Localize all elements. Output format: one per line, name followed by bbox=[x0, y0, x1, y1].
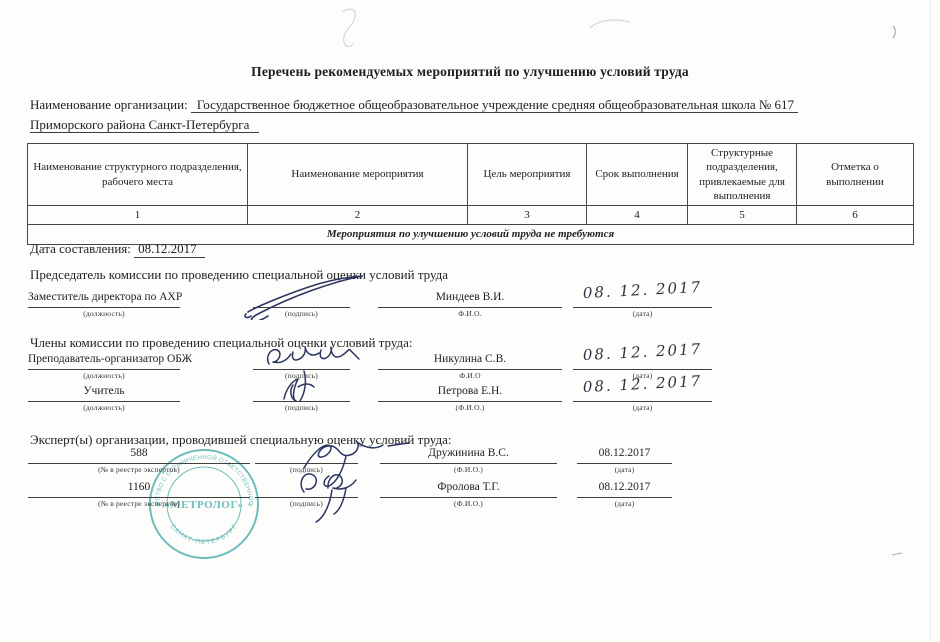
page-title: Перечень рекомендуемых мероприятий по ул… bbox=[0, 64, 940, 80]
svg-text:САНКТ-ПЕТЕРБУРГ: САНКТ-ПЕТЕРБУРГ bbox=[169, 523, 239, 546]
position-label: (должность) bbox=[28, 370, 180, 380]
column-number: 3 bbox=[468, 206, 587, 225]
expert2-number-cell: 1160 (№ в реестре экспертов) bbox=[28, 479, 250, 508]
column-number-row: 1 2 3 4 5 6 bbox=[28, 206, 914, 225]
header-cell-goal: Цель мероприятия bbox=[468, 144, 587, 206]
expert1-number-cell: 588 (№ в реестре экспертов) bbox=[28, 445, 250, 474]
organization-block: Наименование организации: Государственно… bbox=[30, 95, 914, 135]
org-name-line2: Приморского района Санкт-Петербурга bbox=[30, 117, 259, 133]
scan-artifact bbox=[580, 10, 640, 40]
member2-name-cell: Петрова Е.Н. (Ф.И.О.) bbox=[378, 383, 562, 412]
date-label: (дата) bbox=[573, 402, 712, 412]
name-label: (Ф.И.О.) bbox=[378, 402, 562, 412]
member1-position-cell: Преподаватель-организатор ОБЖ (должность… bbox=[28, 351, 180, 380]
column-number: 1 bbox=[28, 206, 248, 225]
chairman-position-cell: Заместитель директора по АХР (должность) bbox=[28, 289, 180, 318]
header-cell-unit: Наименование структурного подразделения,… bbox=[28, 144, 248, 206]
date-value: 08.12.2017 bbox=[577, 479, 672, 498]
date-compiled-label: Дата составления: bbox=[30, 241, 131, 256]
chairman-name-cell: Миндеев В.И. Ф.И.О. bbox=[378, 289, 562, 318]
registry-number-label: (№ в реестре экспертов) bbox=[28, 498, 250, 508]
expert2-signature bbox=[286, 462, 406, 524]
header-cell-measure: Наименование мероприятия bbox=[248, 144, 468, 206]
date-compiled-value: 08.12.2017 bbox=[134, 241, 205, 258]
scan-artifact bbox=[320, 4, 400, 49]
date-compiled: Дата составления: 08.12.2017 bbox=[30, 241, 205, 257]
org-label: Наименование организации: bbox=[30, 97, 188, 112]
member2-position-cell: Учитель (должность) bbox=[28, 383, 180, 412]
date-value: 08.12.2017 bbox=[577, 445, 672, 464]
member2-signature bbox=[272, 367, 332, 405]
date-label: (дата) bbox=[577, 498, 672, 508]
stamp-bottom-arc-text: САНКТ-ПЕТЕРБУРГ bbox=[169, 523, 239, 546]
name-label: (Ф.И.О.) bbox=[380, 498, 557, 508]
date-label: (дата) bbox=[573, 308, 712, 318]
person-name: Никулина С.В. bbox=[378, 351, 562, 370]
chairman-signature bbox=[238, 270, 373, 320]
registry-number-label: (№ в реестре экспертов) bbox=[28, 464, 250, 474]
member1-name-cell: Никулина С.В. Ф.И.О bbox=[378, 351, 562, 380]
name-label: Ф.И.О. bbox=[378, 308, 562, 318]
header-cell-deadline: Срок выполнения bbox=[587, 144, 688, 206]
date-label: (дата) bbox=[577, 464, 672, 474]
scanned-document-page: Перечень рекомендуемых мероприятий по ул… bbox=[0, 0, 940, 642]
org-name-line1: Государственное бюджетное общеобразовате… bbox=[191, 97, 798, 113]
chairman-date-cell: 08. 12. 2017 (дата) bbox=[573, 289, 712, 318]
person-name: Миндеев В.И. bbox=[378, 289, 562, 308]
column-number: 5 bbox=[688, 206, 797, 225]
expert-registry-number: 1160 bbox=[28, 479, 250, 498]
column-number: 4 bbox=[587, 206, 688, 225]
person-name: Петрова Е.Н. bbox=[378, 383, 562, 402]
header-cell-involved: Структурные подразделения, привлекаемые … bbox=[688, 144, 797, 206]
scan-artifact bbox=[888, 548, 908, 562]
position-value: Учитель bbox=[28, 383, 180, 402]
paper-edge bbox=[930, 0, 931, 642]
column-number: 6 bbox=[797, 206, 914, 225]
position-label: (должность) bbox=[28, 402, 180, 412]
member2-date-cell: 08. 12. 2017 (дата) bbox=[573, 383, 712, 412]
scan-artifact bbox=[885, 22, 905, 42]
header-cell-mark: Отметка о выполнении bbox=[797, 144, 914, 206]
position-value: Преподаватель-организатор ОБЖ bbox=[28, 351, 180, 370]
measures-table: Наименование структурного подразделения,… bbox=[27, 143, 914, 245]
expert-registry-number: 588 bbox=[28, 445, 250, 464]
expert2-date-cell: 08.12.2017 (дата) bbox=[577, 479, 672, 508]
position-value: Заместитель директора по АХР bbox=[28, 289, 180, 308]
position-label: (должность) bbox=[28, 308, 180, 318]
expert1-date-cell: 08.12.2017 (дата) bbox=[577, 445, 672, 474]
person-name: Фролова Т.Г. bbox=[380, 479, 557, 498]
expert2-name-cell: Фролова Т.Г. (Ф.И.О.) bbox=[380, 479, 557, 508]
column-number: 2 bbox=[248, 206, 468, 225]
table-header-row: Наименование структурного подразделения,… bbox=[28, 144, 914, 206]
name-label: Ф.И.О bbox=[378, 370, 562, 380]
